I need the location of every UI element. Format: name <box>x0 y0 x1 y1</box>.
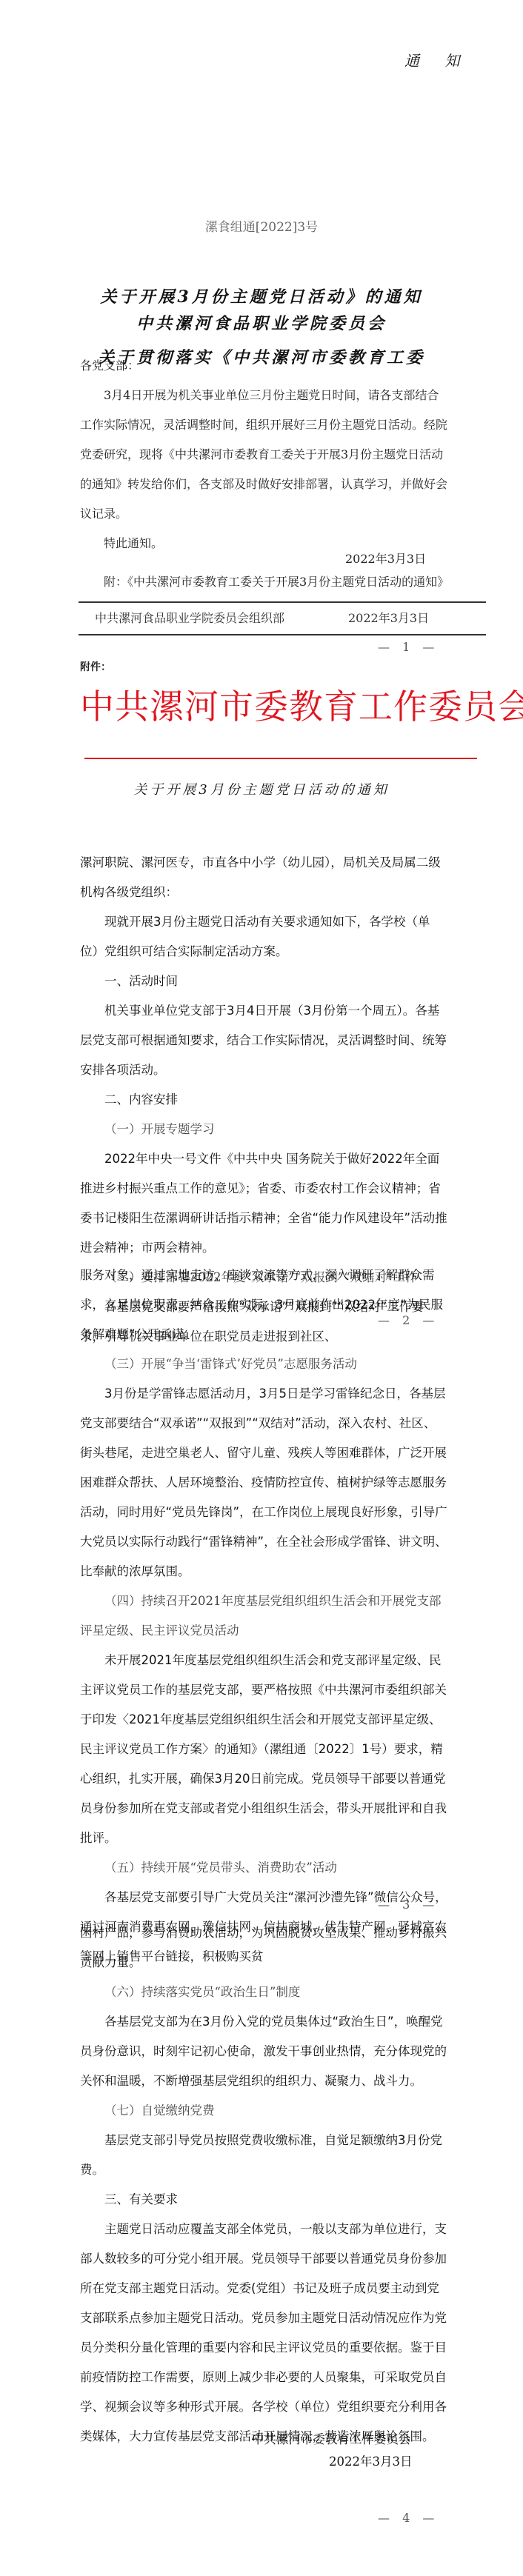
footer-org: 中共漯河食品职业学院委员会组织部 <box>95 609 284 626</box>
subsection-heading-1: （一）开展专题学习 <box>80 1115 447 1144</box>
addressee: 漯河职院、漯河医专，市直各中小学（幼儿园），局机关及局属二级机构各级党组织： <box>80 848 447 907</box>
signature-org: 中共漯河市委教育工作委员会 <box>252 2429 411 2447</box>
subsection-text-6: 各基层党支部为在3月份入党的党员集体过“政治生日”，唤醒党员身份意识，时刻牢记初… <box>80 2007 447 2096</box>
page1-paragraph: 3月4日开展为机关事业单位三月份主题党日时间，请各支部结合工作实际情况，灵活调整… <box>80 381 447 529</box>
subsection-heading-3: （三）开展“争当‘雷锋式’好党员”志愿服务活动 <box>80 1349 447 1379</box>
subsection-heading-6: （六）持续落实党员“政治生日”制度 <box>80 1978 447 2007</box>
subsection-text-5b: 困村产品，参与消费助农活动，为巩固脱贫攻坚成果、推动乡村振兴贡献力量。 <box>80 1918 447 1978</box>
subsection-text-3: 3月份是学雷锋志愿活动月，3月5日是学习雷锋纪念日，各基层党支部要结合“双承诺”… <box>80 1379 447 1586</box>
section-heading-1: 一、活动时间 <box>80 967 447 996</box>
section-heading-3: 三、有关要求 <box>80 2185 447 2215</box>
page-number-4: — 4 — <box>378 2511 439 2525</box>
attachment-body-page3: 服务对象，通过实地走访、座谈交流等方式，深入调研了解群众需求，立足岗位职责，结合… <box>80 1261 447 1972</box>
attachment-title: 关于开展3月份主题党日活动的通知 <box>0 779 523 798</box>
page-number-3: — 3 — <box>378 1898 439 1912</box>
intro: 现就开展3月份主题党日活动有关要求通知如下，各学校（单位）党组织可结合实际制定活… <box>80 907 447 967</box>
subsection-heading-4: （四）持续召开2021年度基层党组织组织生活会和开展党支部评星定级、民主评议党员… <box>80 1586 447 1646</box>
subsection-text-7: 基层党支部引导党员按照党费收缴标准，自觉足额缴纳3月份党费。 <box>80 2126 447 2185</box>
page-number-1: — 1 — <box>378 640 439 654</box>
subsection-text-2b: 服务对象，通过实地走访、座谈交流等方式，深入调研了解群众需求，立足岗位职责，结合… <box>80 1261 447 1349</box>
footer-rule-top <box>79 601 486 603</box>
red-letterhead: 中共漯河市委教育工作委员会 <box>80 680 477 729</box>
footer-date: 2022年3月3日 <box>348 609 429 626</box>
red-rule <box>84 758 477 759</box>
subsection-heading-7: （七）自觉缴纳党费 <box>80 2096 447 2126</box>
page1-date: 2022年3月3日 <box>345 550 426 567</box>
footer-rule-bottom <box>79 634 486 635</box>
attachment-label: 附件： <box>80 659 111 674</box>
salutation: 各党支部： <box>80 351 447 381</box>
subsection-text-4: 未开展2021年度基层党组织组织生活会和党支部评星定级、民主评议党员工作的基层党… <box>80 1646 447 1853</box>
section-text-3: 主题党日活动应覆盖支部全体党员，一般以支部为单位进行，支部人数较多的可分党小组开… <box>80 2215 447 2452</box>
subsection-heading-5: （五）持续开展“党员带头、消费助农”活动 <box>80 1853 447 1883</box>
attachment-body-page4: 困村产品，参与消费助农活动，为巩固脱贫攻坚成果、推动乡村振兴贡献力量。 （六）持… <box>80 1918 447 2452</box>
corner-label: 通 知 <box>404 49 470 70</box>
section-heading-2: 二、内容安排 <box>80 1085 447 1115</box>
signature-date: 2022年3月3日 <box>329 2452 413 2469</box>
attachment-note: 附：《中共漯河市委教育工委关于开展3月份主题党日活动的通知》 <box>80 567 447 597</box>
subsection-text-1: 2022年中央一号文件《中共中央 国务院关于做好2022年全面推进乡村振兴重点工… <box>80 1144 447 1263</box>
doc-title-line-1: 中共漯河食品职业学院委员会 <box>0 311 523 334</box>
doc-title-line-3: 关于开展3月份主题党日活动》的通知 <box>0 284 523 307</box>
document-number: 漯食组通[2022]3号 <box>0 216 523 235</box>
section-text-1: 机关事业单位党支部于3月4日开展（3月份第一个周五）。各基层党支部可根据通知要求… <box>80 996 447 1085</box>
